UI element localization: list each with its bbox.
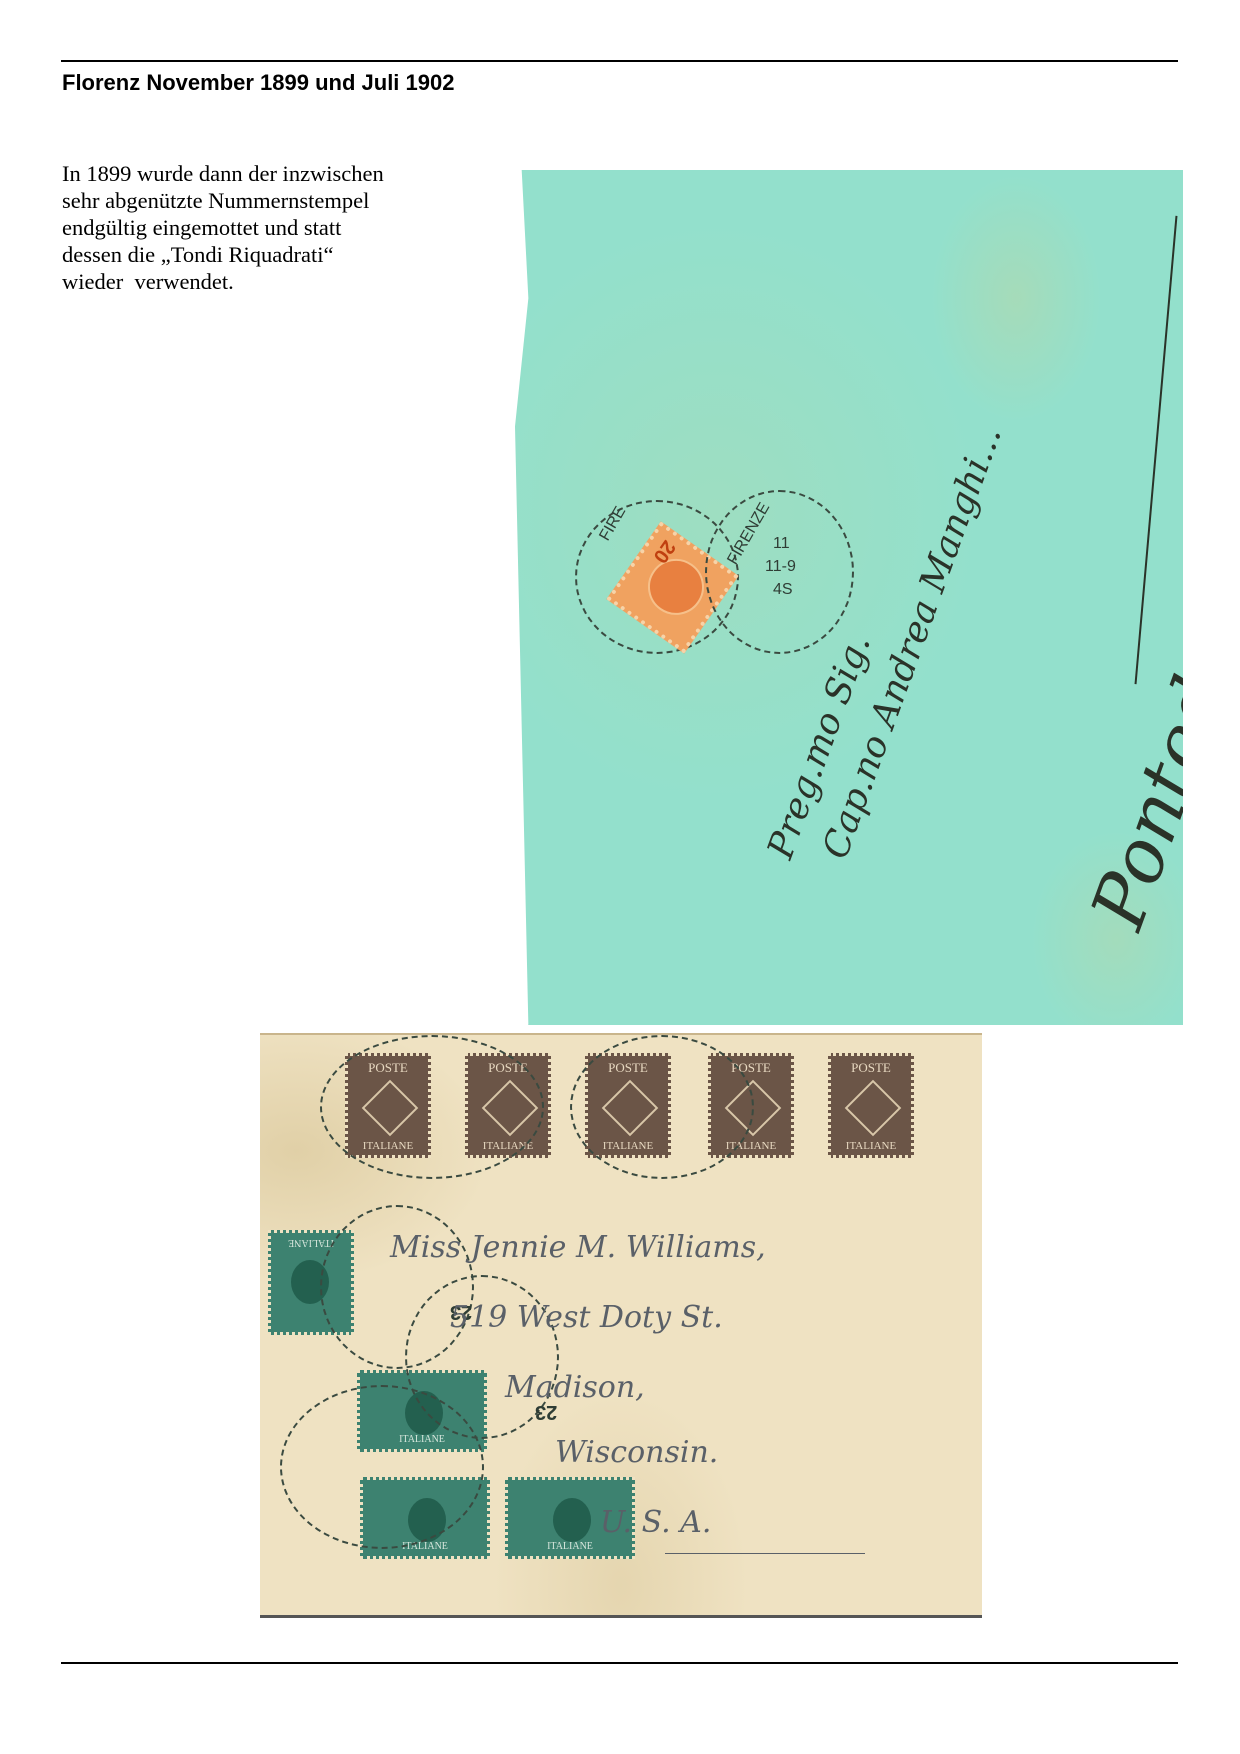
footer-rule	[61, 1662, 1178, 1664]
recipient-state: Wisconsin.	[555, 1435, 718, 1470]
eagle-emblem	[845, 1080, 902, 1137]
address-underline	[1135, 216, 1178, 684]
description-line: sehr abgenützte Nummernstempel	[62, 187, 384, 214]
stamp-label: ITALIANE	[831, 1140, 911, 1152]
postmark-cancel	[320, 1035, 544, 1179]
header-rule	[61, 60, 1178, 62]
country-underline	[665, 1553, 865, 1554]
recipient-name: Miss Jennie M. Williams,	[390, 1230, 766, 1265]
postmark-date: 11	[773, 535, 790, 553]
postmark-date: 11-9	[765, 558, 796, 576]
stamp-label: POSTE	[831, 1060, 911, 1076]
postmark-cancel	[280, 1385, 484, 1549]
address-city: Pontedera	[1075, 550, 1240, 940]
postmark-time: 4S	[773, 581, 793, 599]
stamp-1-cent: POSTE ITALIANE	[828, 1053, 914, 1158]
cover-1902-image: POSTE ITALIANE POSTE ITALIANE POSTE ITAL…	[260, 1033, 982, 1618]
description-line: dessen die „Tondi Riquadrati“	[62, 241, 384, 268]
description-text: In 1899 wurde dann der inzwischen sehr a…	[62, 160, 384, 295]
recipient-street: 519 West Doty St.	[450, 1300, 723, 1335]
cover-1899-image: FIRE 20 FIRENZE 11 11-9 4S Pontedera Cap…	[515, 170, 1183, 1025]
recipient-city: Madison,	[505, 1370, 645, 1405]
eagle-emblem	[553, 1498, 591, 1542]
postmark-cancel	[570, 1035, 754, 1179]
stamp-label: ITALIANE	[508, 1541, 632, 1552]
recipient-country: U. S. A.	[600, 1505, 711, 1540]
page-title: Florenz November 1899 und Juli 1902	[62, 70, 454, 96]
description-line: In 1899 wurde dann der inzwischen	[62, 160, 384, 187]
description-line: endgültig eingemottet und statt	[62, 214, 384, 241]
description-line: wieder verwendet.	[62, 268, 384, 295]
stamp-portrait	[637, 548, 715, 626]
